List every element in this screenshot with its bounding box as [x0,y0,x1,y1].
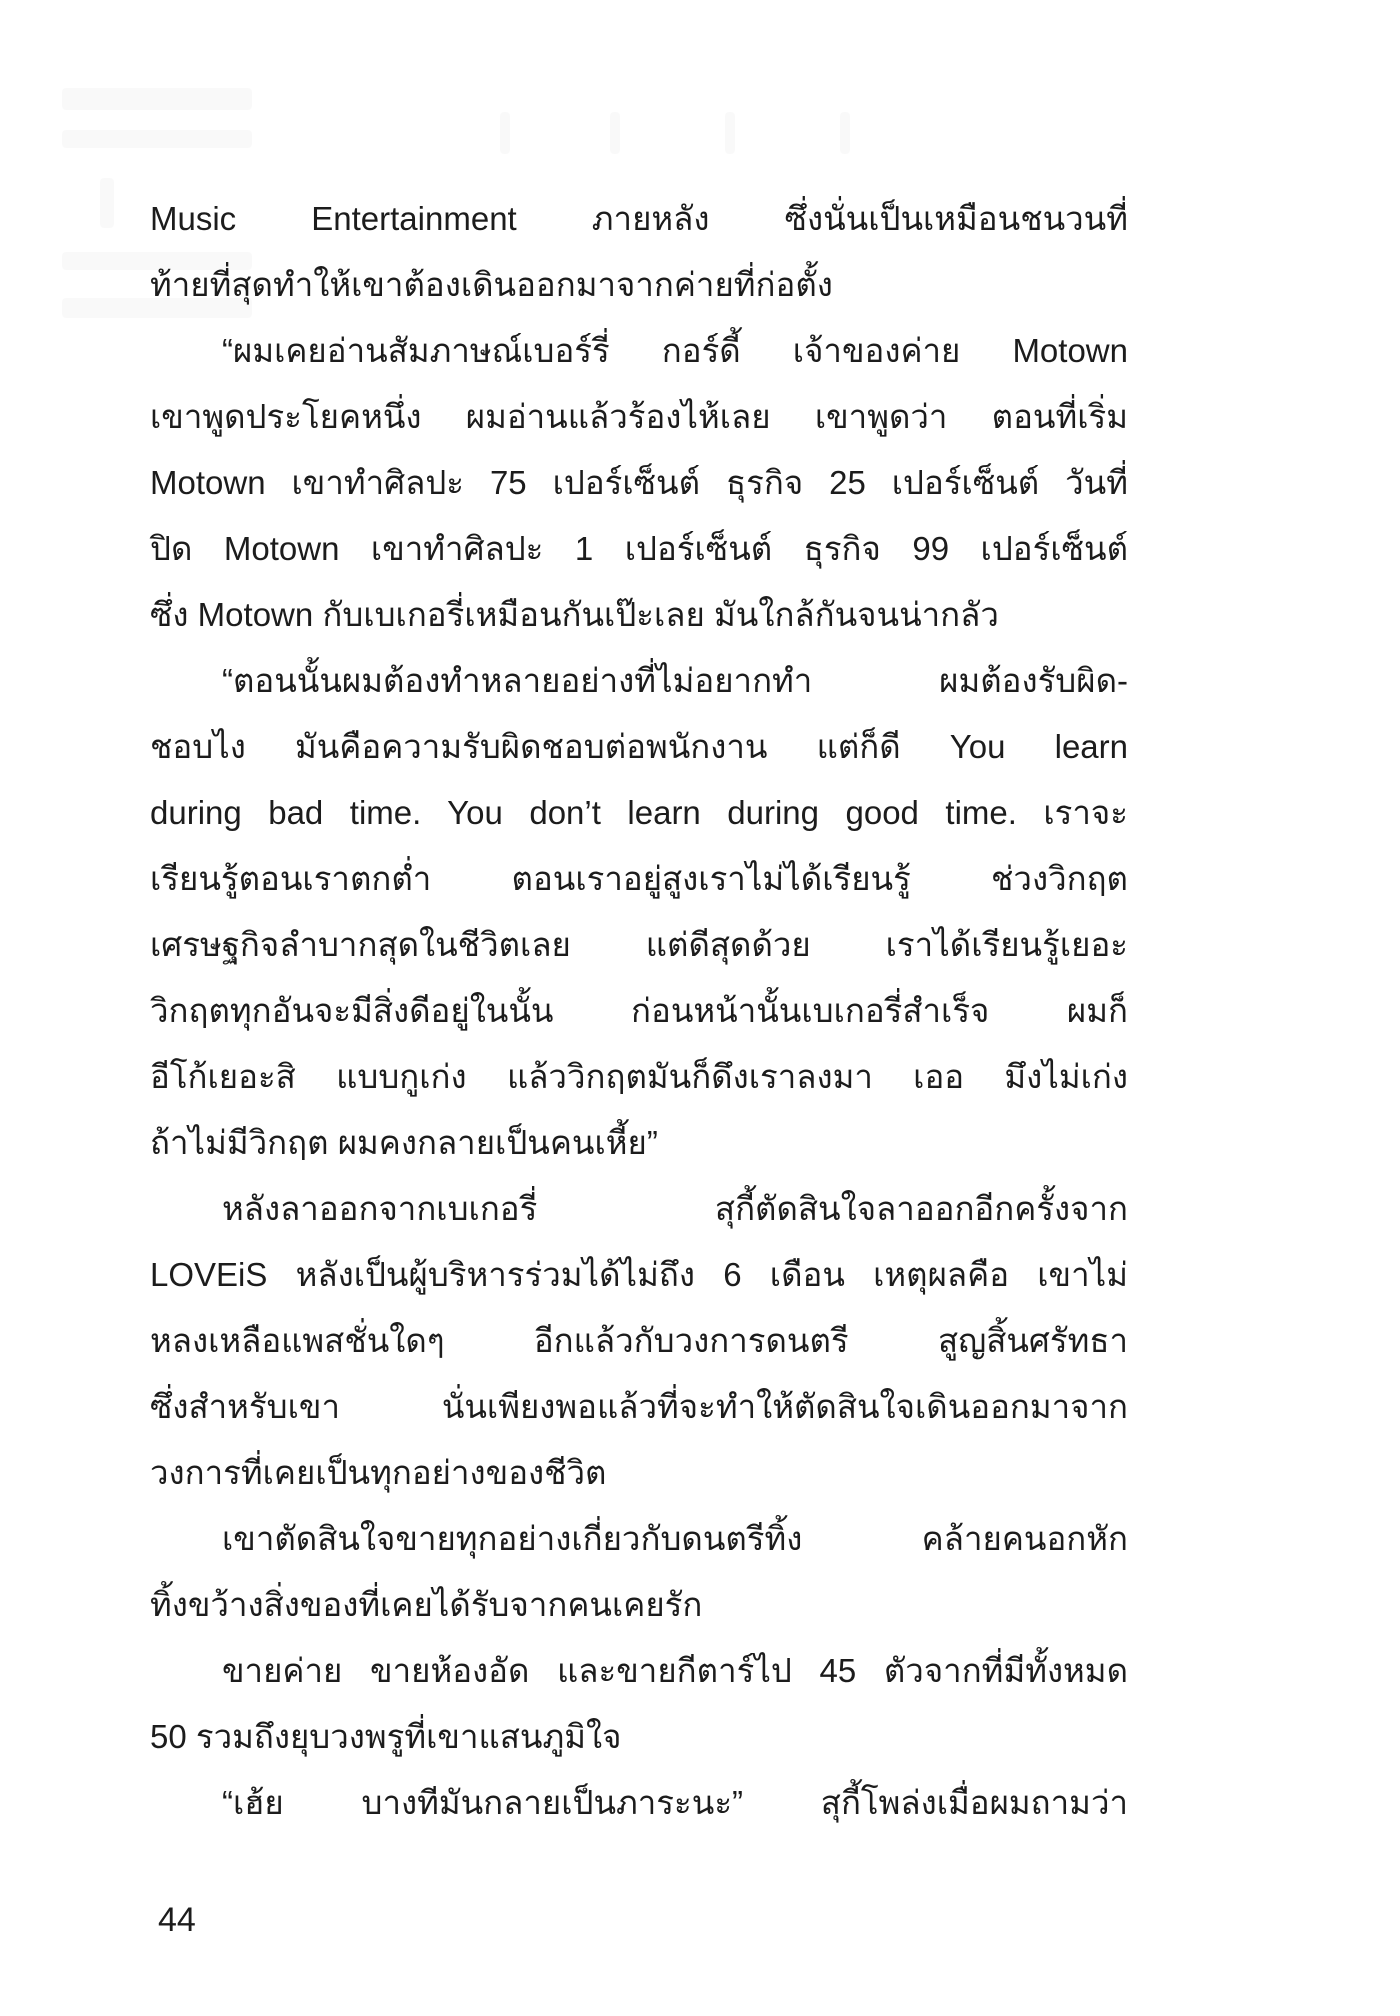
text-line: 50 รวมถึงยุบวงพรูที่เขาแสนภูมิใจ [150,1704,1128,1770]
text-line: เขาตัดสินใจขายทุกอย่างเกี่ยวกับดนตรีทิ้ง… [150,1506,1128,1572]
text-line: ซึ่งสำหรับเขา นั่นเพียงพอแล้วที่จะทำให้ต… [150,1374,1128,1440]
text-line: ถ้าไม่มีวิกฤต ผมคงกลายเป็นคนเหี้ย” [150,1110,1128,1176]
text-line: during bad time. You don’t learn during … [150,780,1128,846]
text-line: ปิด Motown เขาทำศิลปะ 1 เปอร์เซ็นต์ ธุรก… [150,516,1128,582]
text-line: “เฮ้ย บางทีมันกลายเป็นภาระนะ” สุกี้โพล่ง… [150,1770,1128,1836]
text-line: ท้ายที่สุดทำให้เขาต้องเดินออกมาจากค่ายที… [150,252,1128,318]
bleed-mark [840,112,850,154]
bleed-mark [500,112,510,154]
page-number: 44 [158,1898,196,1942]
bleed-mark [62,88,252,110]
text-line: เขาพูดประโยคหนึ่ง ผมอ่านแล้วร้องไห้เลย เ… [150,384,1128,450]
text-line: ทิ้งขว้างสิ่งของที่เคยได้รับจากคนเคยรัก [150,1572,1128,1638]
bleed-mark [610,112,620,154]
text-line: หลังลาออกจากเบเกอรี่ สุกี้ตัดสินใจลาออกอ… [150,1176,1128,1242]
body-text: Music Entertainment ภายหลัง ซึ่งนั่นเป็น… [150,186,1128,1836]
text-line: เศรษฐกิจลำบากสุดในชีวิตเลย แต่ดีสุดด้วย … [150,912,1128,978]
text-line: Motown เขาทำศิลปะ 75 เปอร์เซ็นต์ ธุรกิจ … [150,450,1128,516]
text-line: เรียนรู้ตอนเราตกต่ำ ตอนเราอยู่สูงเราไม่ไ… [150,846,1128,912]
text-line: ขายค่าย ขายห้องอัด และขายกีตาร์ไป 45 ตัว… [150,1638,1128,1704]
text-line: LOVEiS หลังเป็นผู้บริหารร่วมได้ไม่ถึง 6 … [150,1242,1128,1308]
text-line: วงการที่เคยเป็นทุกอย่างของชีวิต [150,1440,1128,1506]
book-page: Music Entertainment ภายหลัง ซึ่งนั่นเป็น… [0,0,1400,2016]
text-line: ชอบไง มันคือความรับผิดชอบต่อพนักงาน แต่ก… [150,714,1128,780]
text-line: ซึ่ง Motown กับเบเกอรี่เหมือนกันเป๊ะเลย … [150,582,1128,648]
text-line: Music Entertainment ภายหลัง ซึ่งนั่นเป็น… [150,186,1128,252]
text-line: วิกฤตทุกอันจะมีสิ่งดีอยู่ในนั้น ก่อนหน้า… [150,978,1128,1044]
text-line: “ตอนนั้นผมต้องทำหลายอย่างที่ไม่อยากทำ ผม… [150,648,1128,714]
text-line: หลงเหลือแพสชั่นใดๆ อีกแล้วกับวงการดนตรี … [150,1308,1128,1374]
bleed-mark [100,178,114,228]
bleed-mark [62,130,252,148]
bleed-mark [725,112,735,154]
text-line: อีโก้เยอะสิ แบบกูเก่ง แล้ววิกฤตมันก็ดึงเ… [150,1044,1128,1110]
text-line: “ผมเคยอ่านสัมภาษณ์เบอร์รี่ กอร์ดี้ เจ้าข… [150,318,1128,384]
